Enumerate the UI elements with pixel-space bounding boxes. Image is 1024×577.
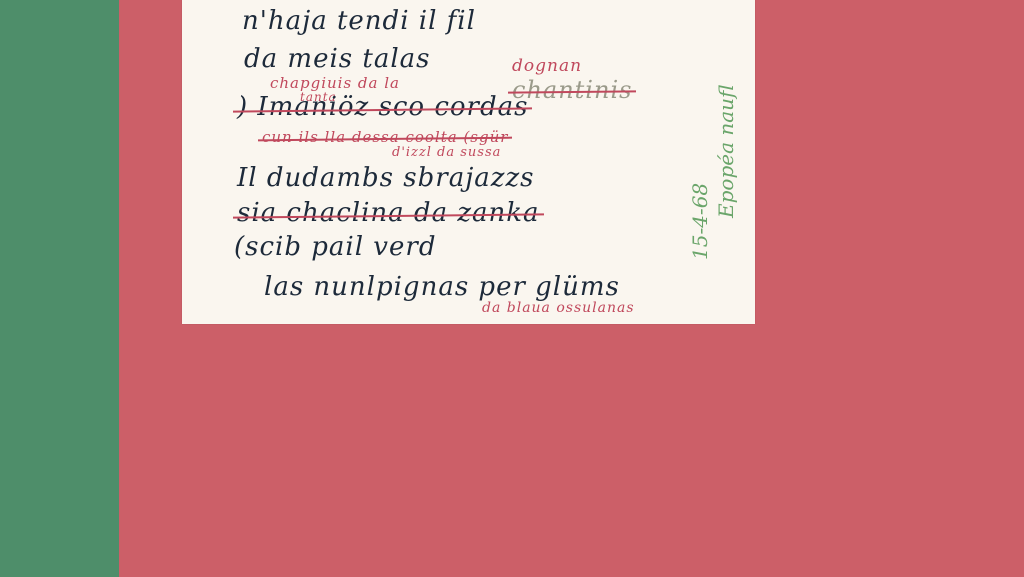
red-annotation-4: cun ils lla dessa coolta (sgür [262, 128, 508, 146]
red-annotation-6: da blaua ossulanas [482, 300, 635, 316]
manuscript-line-7: las nunlpignas per glüms [264, 272, 620, 302]
green-margin-note: Epopéa naufl [714, 85, 738, 218]
manuscript-line-5: sia chaclina da zanka [237, 198, 540, 228]
manuscript-line-6: (scib pail verd [234, 232, 436, 262]
manuscript-line-4: Il dudambs sbrajazzs [237, 163, 535, 193]
manuscript-line-3: ) Imaniöz sco cordas [237, 92, 528, 122]
struck-line-5: sia chaclina da zanka [237, 198, 540, 228]
manuscript-line-1: n'haja tendi il fil [242, 6, 476, 36]
red-annotation-5: d'izzl da sussa [392, 145, 501, 160]
manuscript-line-2: da meis talas [244, 44, 430, 74]
struck-line-3: ) Imaniöz sco cordas [237, 92, 528, 122]
gray-annotation: chantinis [512, 76, 632, 104]
struck-word: chantinis [512, 76, 632, 104]
left-green-strip [0, 0, 119, 577]
manuscript-card: n'haja tendi il fil da meis talas chapgi… [182, 0, 755, 324]
date-note: 15-4-68 [688, 183, 712, 260]
struck-annotation-4: cun ils lla dessa coolta (sgür [262, 128, 508, 146]
red-annotation-2: dognan [512, 56, 582, 76]
